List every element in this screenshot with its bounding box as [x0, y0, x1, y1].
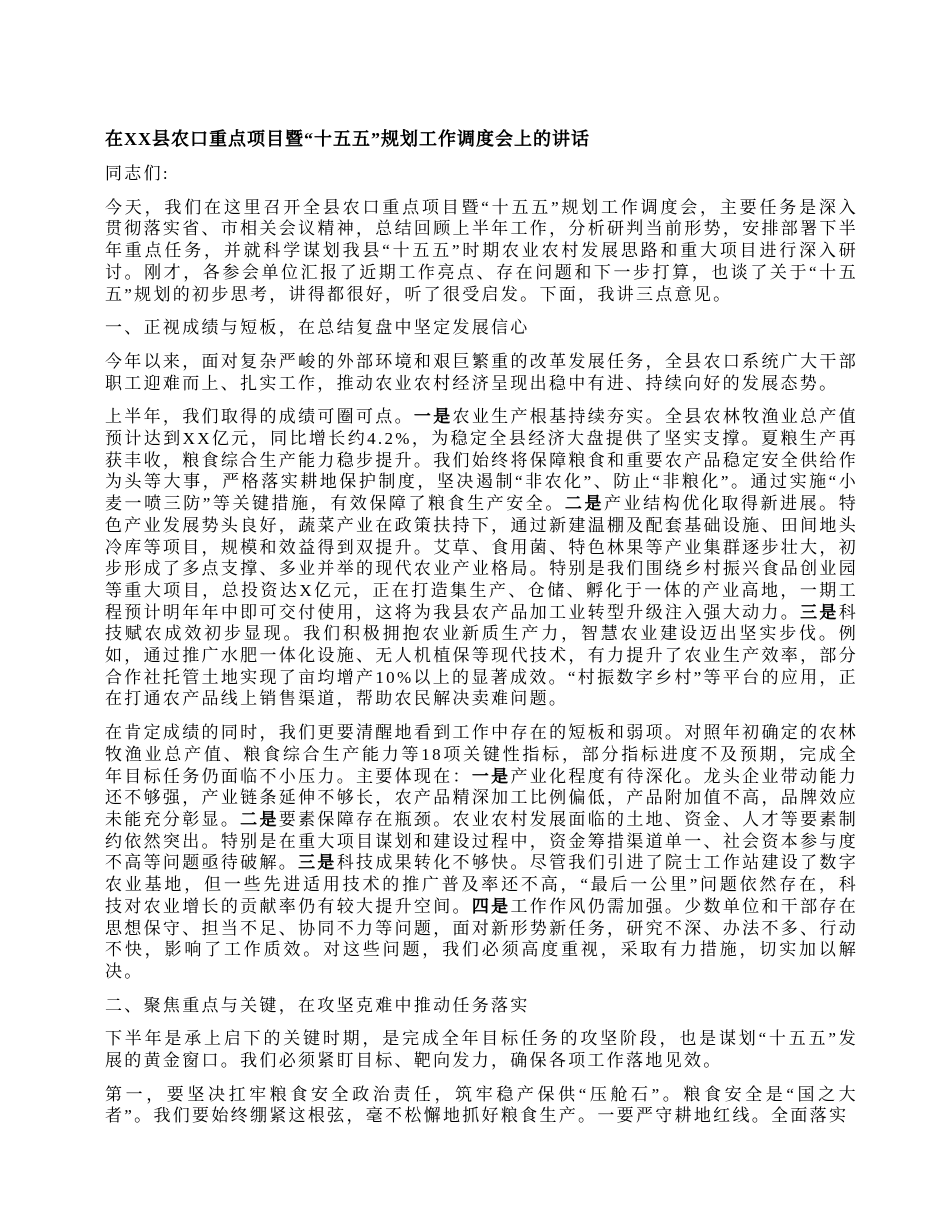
text-run: 二、聚焦重点与关键，在攻坚克难中推动任务落实 [105, 996, 530, 1015]
bold-text-run: 三是 [298, 853, 337, 872]
text-run: 产业结构优化取得新进展。特色产业发展势头良好，蔬菜产业在政策扶持下，通过新建温棚… [105, 494, 858, 622]
document-title: 在XX县农口重点项目暨“十五五”规划工作调度会上的讲话 [105, 126, 858, 152]
section-1-paragraph-1: 今年以来，面对复杂严峻的外部环境和艰巨繁重的改革发展任务，全县农口系统广大干部职… [105, 351, 858, 394]
bold-text-run: 四是 [472, 897, 511, 916]
salutation: 同志们: [105, 163, 858, 185]
section-1-paragraph-2: 上半年，我们取得的成绩可圈可点。一是农业生产根基持续夯实。全县农林牧渔业总产值预… [105, 406, 858, 710]
text-run: 一、正视成绩与短板，在总结复盘中坚定发展信心 [105, 318, 530, 337]
document-page: 在XX县农口重点项目暨“十五五”规划工作调度会上的讲话同志们:今天，我们在这里召… [0, 0, 950, 1230]
text-run: 下半年是承上启下的关键时期，是完成全年目标任务的攻坚阶段，也是谋划“十五五”发展… [105, 1029, 858, 1070]
section-1-heading: 一、正视成绩与短板，在总结复盘中坚定发展信心 [105, 317, 858, 339]
bold-text-run: 二是 [565, 494, 604, 513]
text-run: 今天，我们在这里召开全县农口重点项目暨“十五五”规划工作调度会，主要任务是深入贯… [105, 198, 858, 304]
bold-text-run: 二是 [240, 810, 279, 829]
section-2-paragraph-1: 下半年是承上启下的关键时期，是完成全年目标任务的攻坚阶段，也是谋划“十五五”发展… [105, 1028, 858, 1071]
text-run: 同志们: [105, 164, 170, 183]
bold-text-run: 一是 [414, 407, 453, 426]
section-2-heading: 二、聚焦重点与关键，在攻坚克难中推动任务落实 [105, 995, 858, 1017]
bold-text-run: 三是 [800, 603, 839, 622]
intro-paragraph: 今天，我们在这里召开全县农口重点项目暨“十五五”规划工作调度会，主要任务是深入贯… [105, 197, 858, 306]
section-1-paragraph-3: 在肯定成绩的同时，我们更要清醒地看到工作中存在的短板和弱项。对照年初确定的农林牧… [105, 722, 858, 982]
section-2-paragraph-2: 第一，要坚决扛牢粮食安全政治责任，筑牢稳产保供“压舱石”。粮食安全是“国之大者”… [105, 1084, 858, 1127]
bold-text-run: 一是 [472, 767, 511, 786]
bold-text-run: 在XX县农口重点项目暨“十五五”规划工作调度会上的讲话 [105, 129, 590, 149]
document-body: 在XX县农口重点项目暨“十五五”规划工作调度会上的讲话同志们:今天，我们在这里召… [105, 126, 858, 1139]
text-run: 今年以来，面对复杂严峻的外部环境和艰巨繁重的改革发展任务，全县农口系统广大干部职… [105, 352, 858, 393]
text-run: 第一，要坚决扛牢粮食安全政治责任，筑牢稳产保供“压舱石”。粮食安全是“国之大者”… [105, 1085, 858, 1126]
text-run: 上半年，我们取得的成绩可圈可点。 [105, 407, 414, 426]
